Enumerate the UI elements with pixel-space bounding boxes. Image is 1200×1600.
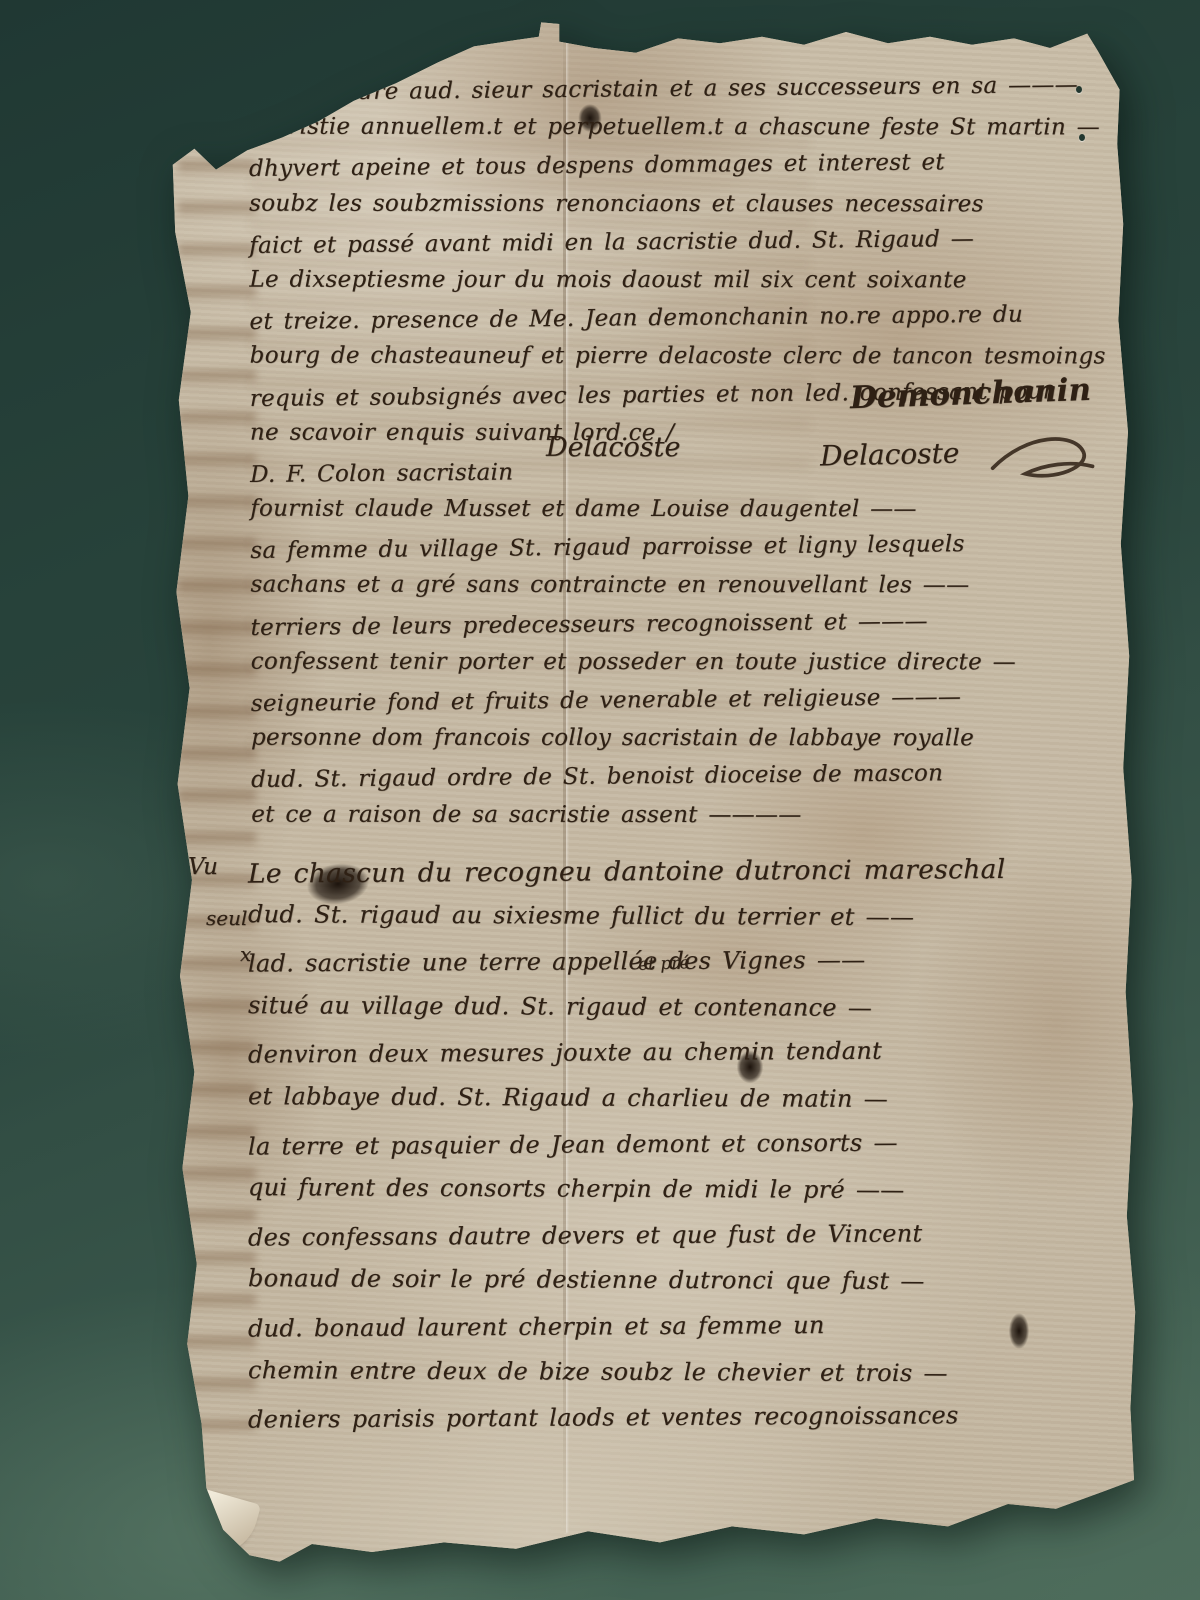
manuscript-line: denviron deux mesures jouxte au chemin t… bbox=[248, 1036, 1092, 1087]
manuscript-line: seigneurie fond et fruits de venerable e… bbox=[251, 683, 1085, 729]
manuscript-line: Le dixseptiesme jour du mois daoust mil … bbox=[249, 267, 1083, 306]
manuscript-line: sachans et a gré sans contraincte en ren… bbox=[250, 572, 1084, 611]
manuscript-line: et labbaye dud. St. Rigaud a charlieu de… bbox=[248, 1082, 1092, 1131]
manuscript-line: Le chascun du recogneu dantoine dutronci… bbox=[248, 853, 1092, 904]
margin-note-seul: seul bbox=[206, 906, 247, 930]
manuscript-line: sacristie annuellem.t et perpetuellem.t … bbox=[249, 114, 1083, 153]
manuscript-line: faict et passé avant midi en la sacristi… bbox=[249, 225, 1083, 271]
signature-delacoste-1: Delacoste bbox=[546, 432, 680, 463]
manuscript-line: dud. St. rigaud ordre de St. benoist dio… bbox=[251, 759, 1085, 805]
manuscript-line: des confessans dautre devers et que fust… bbox=[248, 1218, 1092, 1269]
paper-shadow: et deffendre aud. sieur sacristain et a … bbox=[0, 0, 1200, 1600]
manuscript-line: situé au village dud. St. rigaud et cont… bbox=[248, 991, 1092, 1040]
paragraph-second: Le chascun du recogneu dantoine dutronci… bbox=[248, 856, 1092, 1449]
verso-ink-bleedthrough bbox=[178, 150, 256, 1430]
manuscript-line: chemin entre deux de bize soubz le chevi… bbox=[248, 1356, 1092, 1405]
corner-curl bbox=[189, 1489, 261, 1563]
manuscript-line: personne dom francois colloy sacristain … bbox=[251, 725, 1085, 764]
manuscript-line: confessent tenir porter et posseder en t… bbox=[251, 648, 1085, 687]
manuscript-line: dud. St. rigaud au sixiesme fullict du t… bbox=[248, 900, 1092, 949]
manuscript-line: la terre et pasquier de Jean demont et c… bbox=[248, 1127, 1092, 1178]
manuscript-line: dhyvert apeine et tous despens dommages … bbox=[249, 148, 1083, 194]
manuscript-line: dud. bonaud laurent cherpin et sa femme … bbox=[248, 1309, 1092, 1360]
manuscript-line: lad. sacristie une terre appellée des Vi… bbox=[248, 945, 1092, 996]
manuscript-line: et treize. presence de Me. Jean demoncha… bbox=[249, 301, 1083, 347]
signature-paraph-icon bbox=[988, 428, 1100, 486]
manuscript-line: terriers de leurs predecesseurs recognoi… bbox=[250, 607, 1084, 653]
manuscript-line: fournist claude Musset et dame Louise da… bbox=[250, 496, 1084, 535]
manuscript-line: deniers parisis portant laods et ventes … bbox=[248, 1401, 1092, 1452]
manuscript-line: sa femme du village St. rigaud parroisse… bbox=[250, 530, 1084, 576]
manuscript-line: et deffendre aud. sieur sacristain et a … bbox=[249, 72, 1083, 118]
signature-delacoste-2: Delacoste bbox=[820, 437, 960, 473]
manuscript-line: bonaud de soir le pré destienne dutronci… bbox=[248, 1265, 1092, 1314]
manuscript-page: et deffendre aud. sieur sacristain et a … bbox=[0, 0, 1200, 1600]
photo-scene: et deffendre aud. sieur sacristain et a … bbox=[0, 0, 1200, 1600]
manuscript-line: qui furent des consorts cherpin de midi … bbox=[248, 1173, 1092, 1222]
manuscript-line: soubz les soubzmissions renonciaons et c… bbox=[249, 190, 1083, 229]
manuscript-line: et ce a raison de sa sacristie assent ——… bbox=[251, 801, 1085, 840]
margin-note-vu: Vu bbox=[188, 854, 218, 880]
